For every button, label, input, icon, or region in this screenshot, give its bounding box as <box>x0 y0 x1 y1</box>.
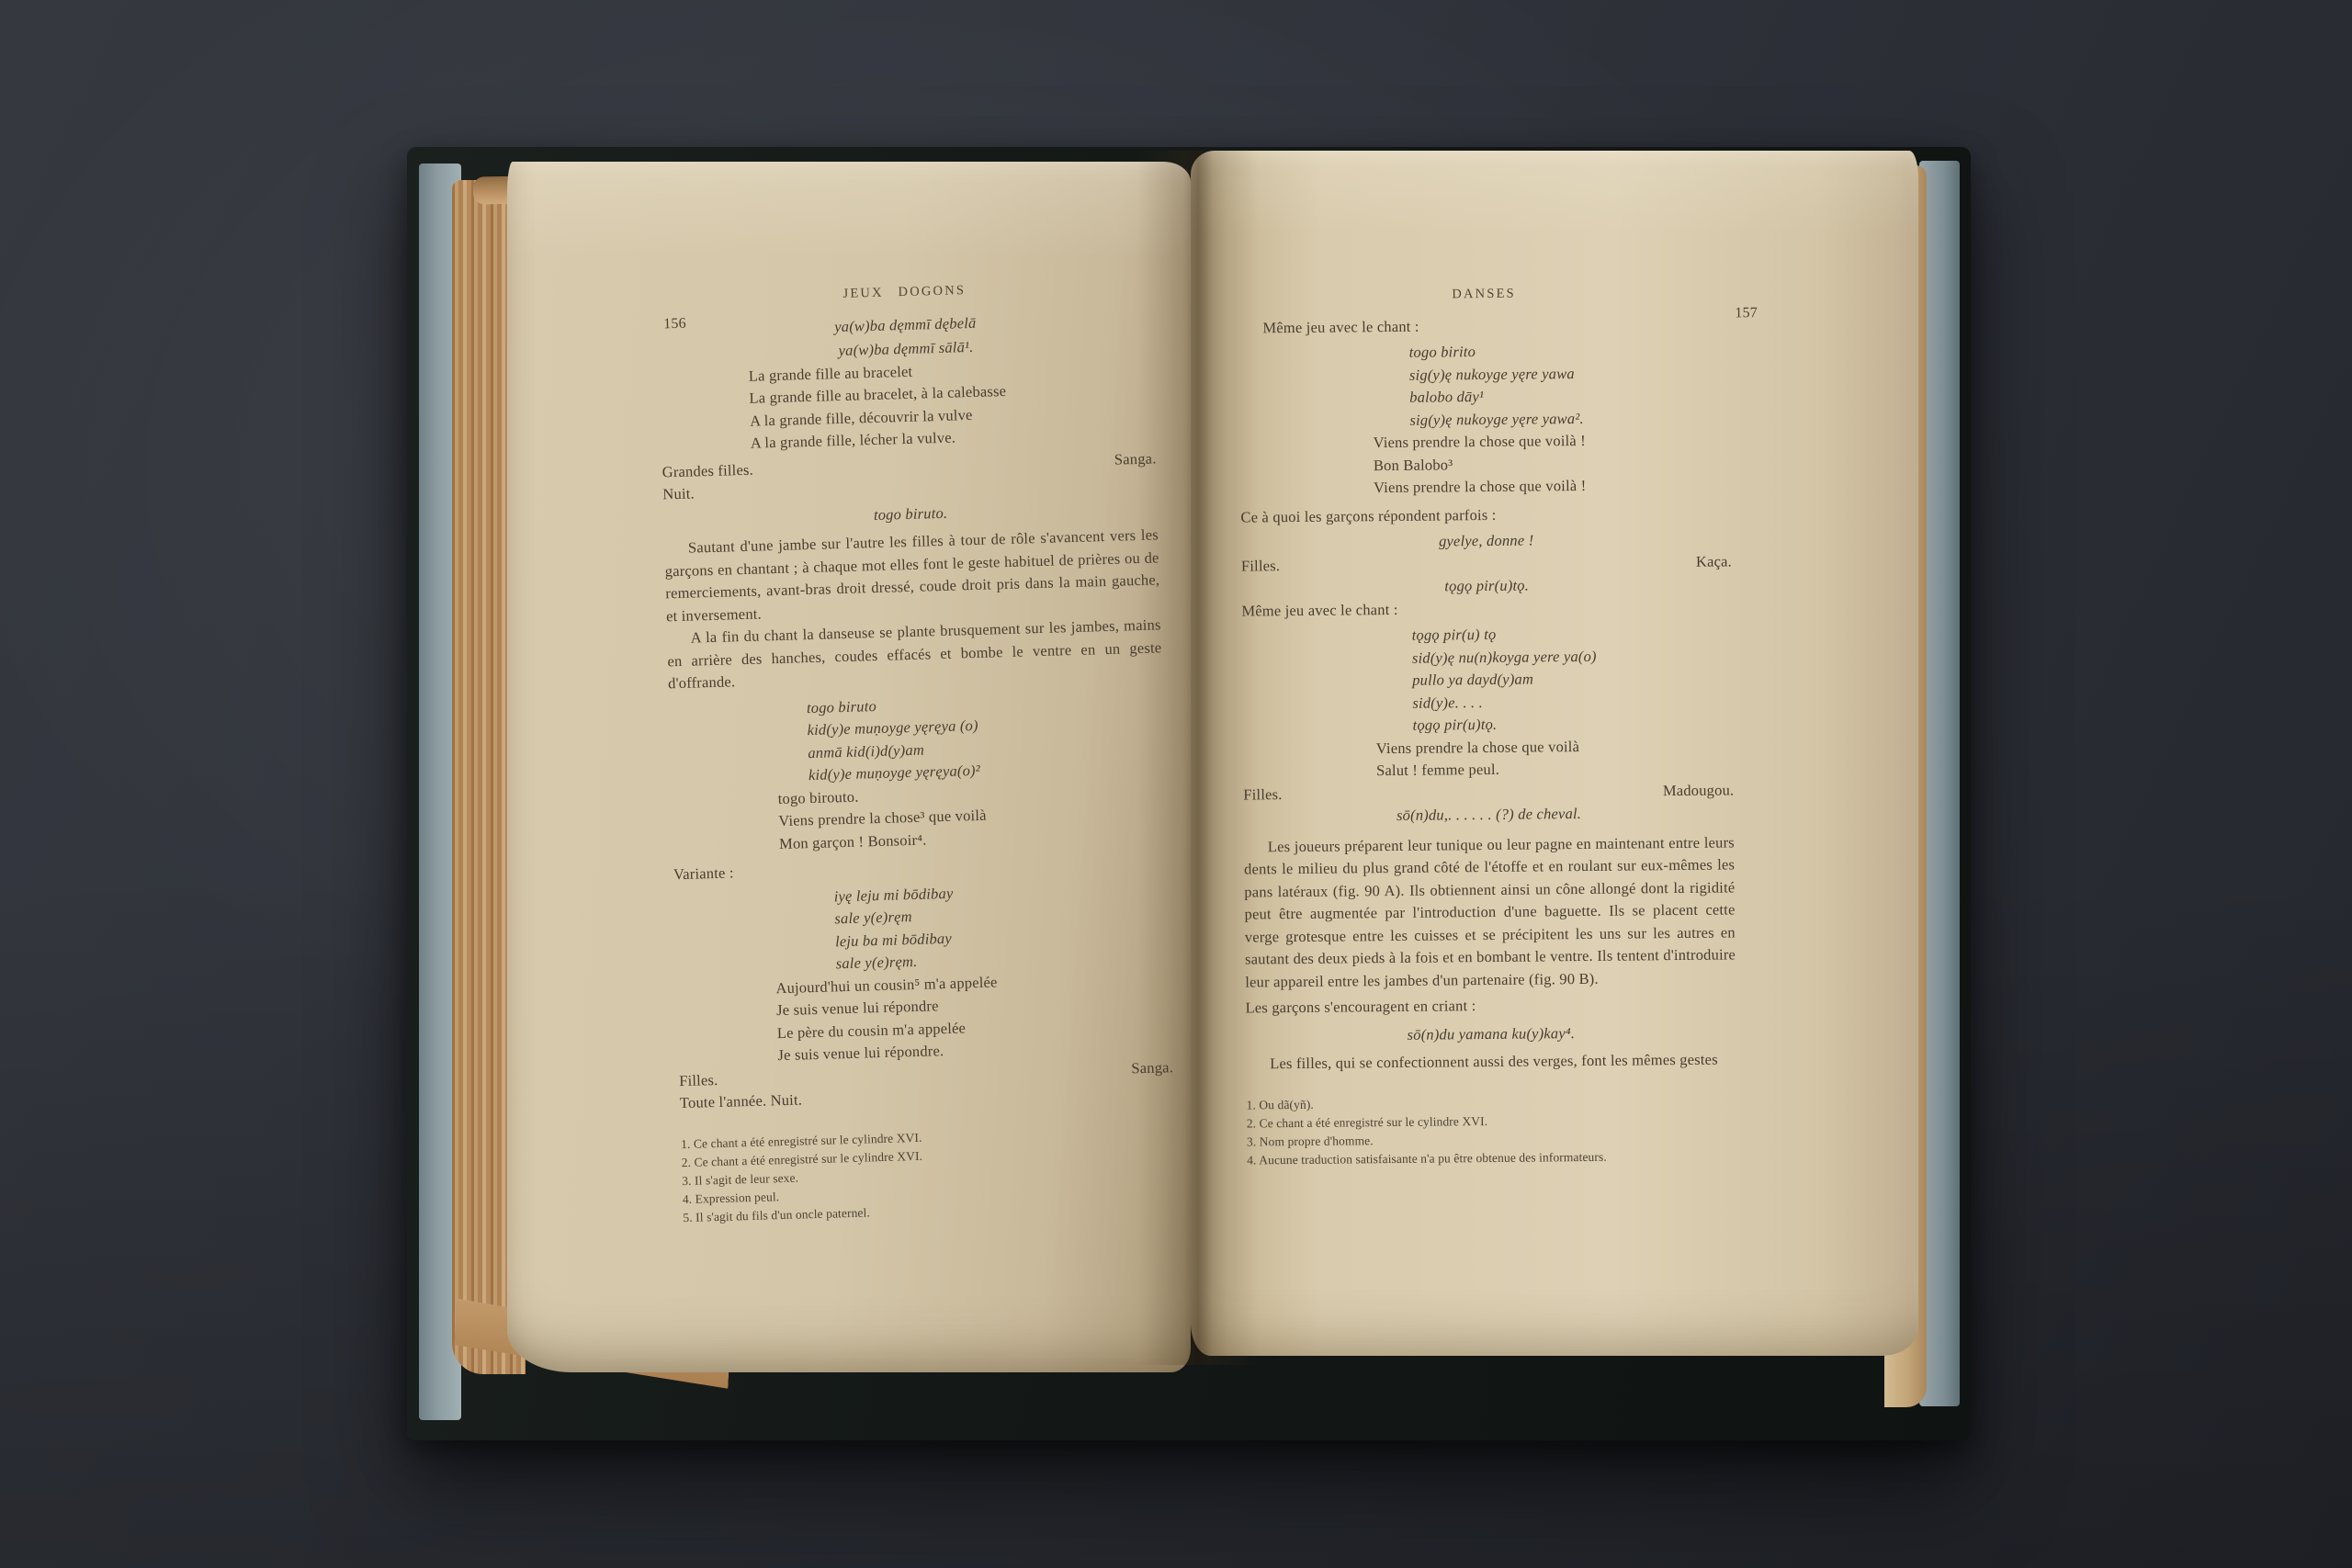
paragraph: A la fin du chant la danseuse se plante … <box>666 614 1162 694</box>
place-label: Madougou. <box>1663 779 1735 802</box>
speaker-label: Filles. <box>679 1069 718 1093</box>
paragraph: Les filles, qui se confectionnent aussi … <box>1246 1048 1736 1076</box>
page-number-right: 157 <box>1735 302 1758 325</box>
speaker-label: Grandes filles. <box>661 458 753 483</box>
speaker-label: Filles. <box>1241 555 1280 578</box>
intro-line: Les garçons s'encouragent en criant : <box>1245 992 1736 1020</box>
paragraph: Sautant d'une jambe sur l'autre les fill… <box>664 524 1161 627</box>
paragraph: Les joueurs préparent leur tunique ou le… <box>1244 831 1736 994</box>
place-label: Sanga. <box>1131 1056 1173 1080</box>
chant-line: Viens prendre la chose que voilà ! <box>1240 473 1731 501</box>
running-title-right: DANSES <box>1238 280 1729 308</box>
page-left-content: JEUX DOGONS 156 ya(w)ba dęmmī dębelā ya(… <box>657 274 1177 1226</box>
page-number-left: 156 <box>663 313 686 336</box>
footnotes: 1. Ce chant a été enregistré sur le cyli… <box>681 1122 1178 1227</box>
open-book: JEUX DOGONS 156 ya(w)ba dęmmī dębelā ya(… <box>407 147 1971 1440</box>
running-title-left: JEUX DOGONS <box>657 274 1151 310</box>
page-right-content: DANSES 157 Même jeu avec le chant : togo… <box>1238 280 1737 1169</box>
chant-title: sō(n)du,. . . . . . (?) de cheval. <box>1243 801 1734 829</box>
intro-line: Même jeu avec le chant : <box>1241 595 1732 623</box>
chant-line: sō(n)du yamana ku(y)kay⁴. <box>1246 1021 1736 1048</box>
speaker-label: Filles. <box>1243 784 1282 807</box>
page-right: DANSES 157 Même jeu avec le chant : togo… <box>1191 151 1918 1356</box>
photo-background: JEUX DOGONS 156 ya(w)ba dęmmī dębelā ya(… <box>0 0 2352 1568</box>
page-left: JEUX DOGONS 156 ya(w)ba dęmmī dębelā ya(… <box>507 162 1191 1372</box>
place-label: Kaça. <box>1696 550 1732 573</box>
intro-line: Ce à quoi les garçons répondent parfois … <box>1240 502 1731 529</box>
intro-line: Même jeu avec le chant : <box>1238 312 1729 340</box>
place-label: Sanga. <box>1114 447 1157 471</box>
footnotes: 1. Ou dã(yñ). 2. Ce chant a été enregist… <box>1246 1091 1737 1169</box>
